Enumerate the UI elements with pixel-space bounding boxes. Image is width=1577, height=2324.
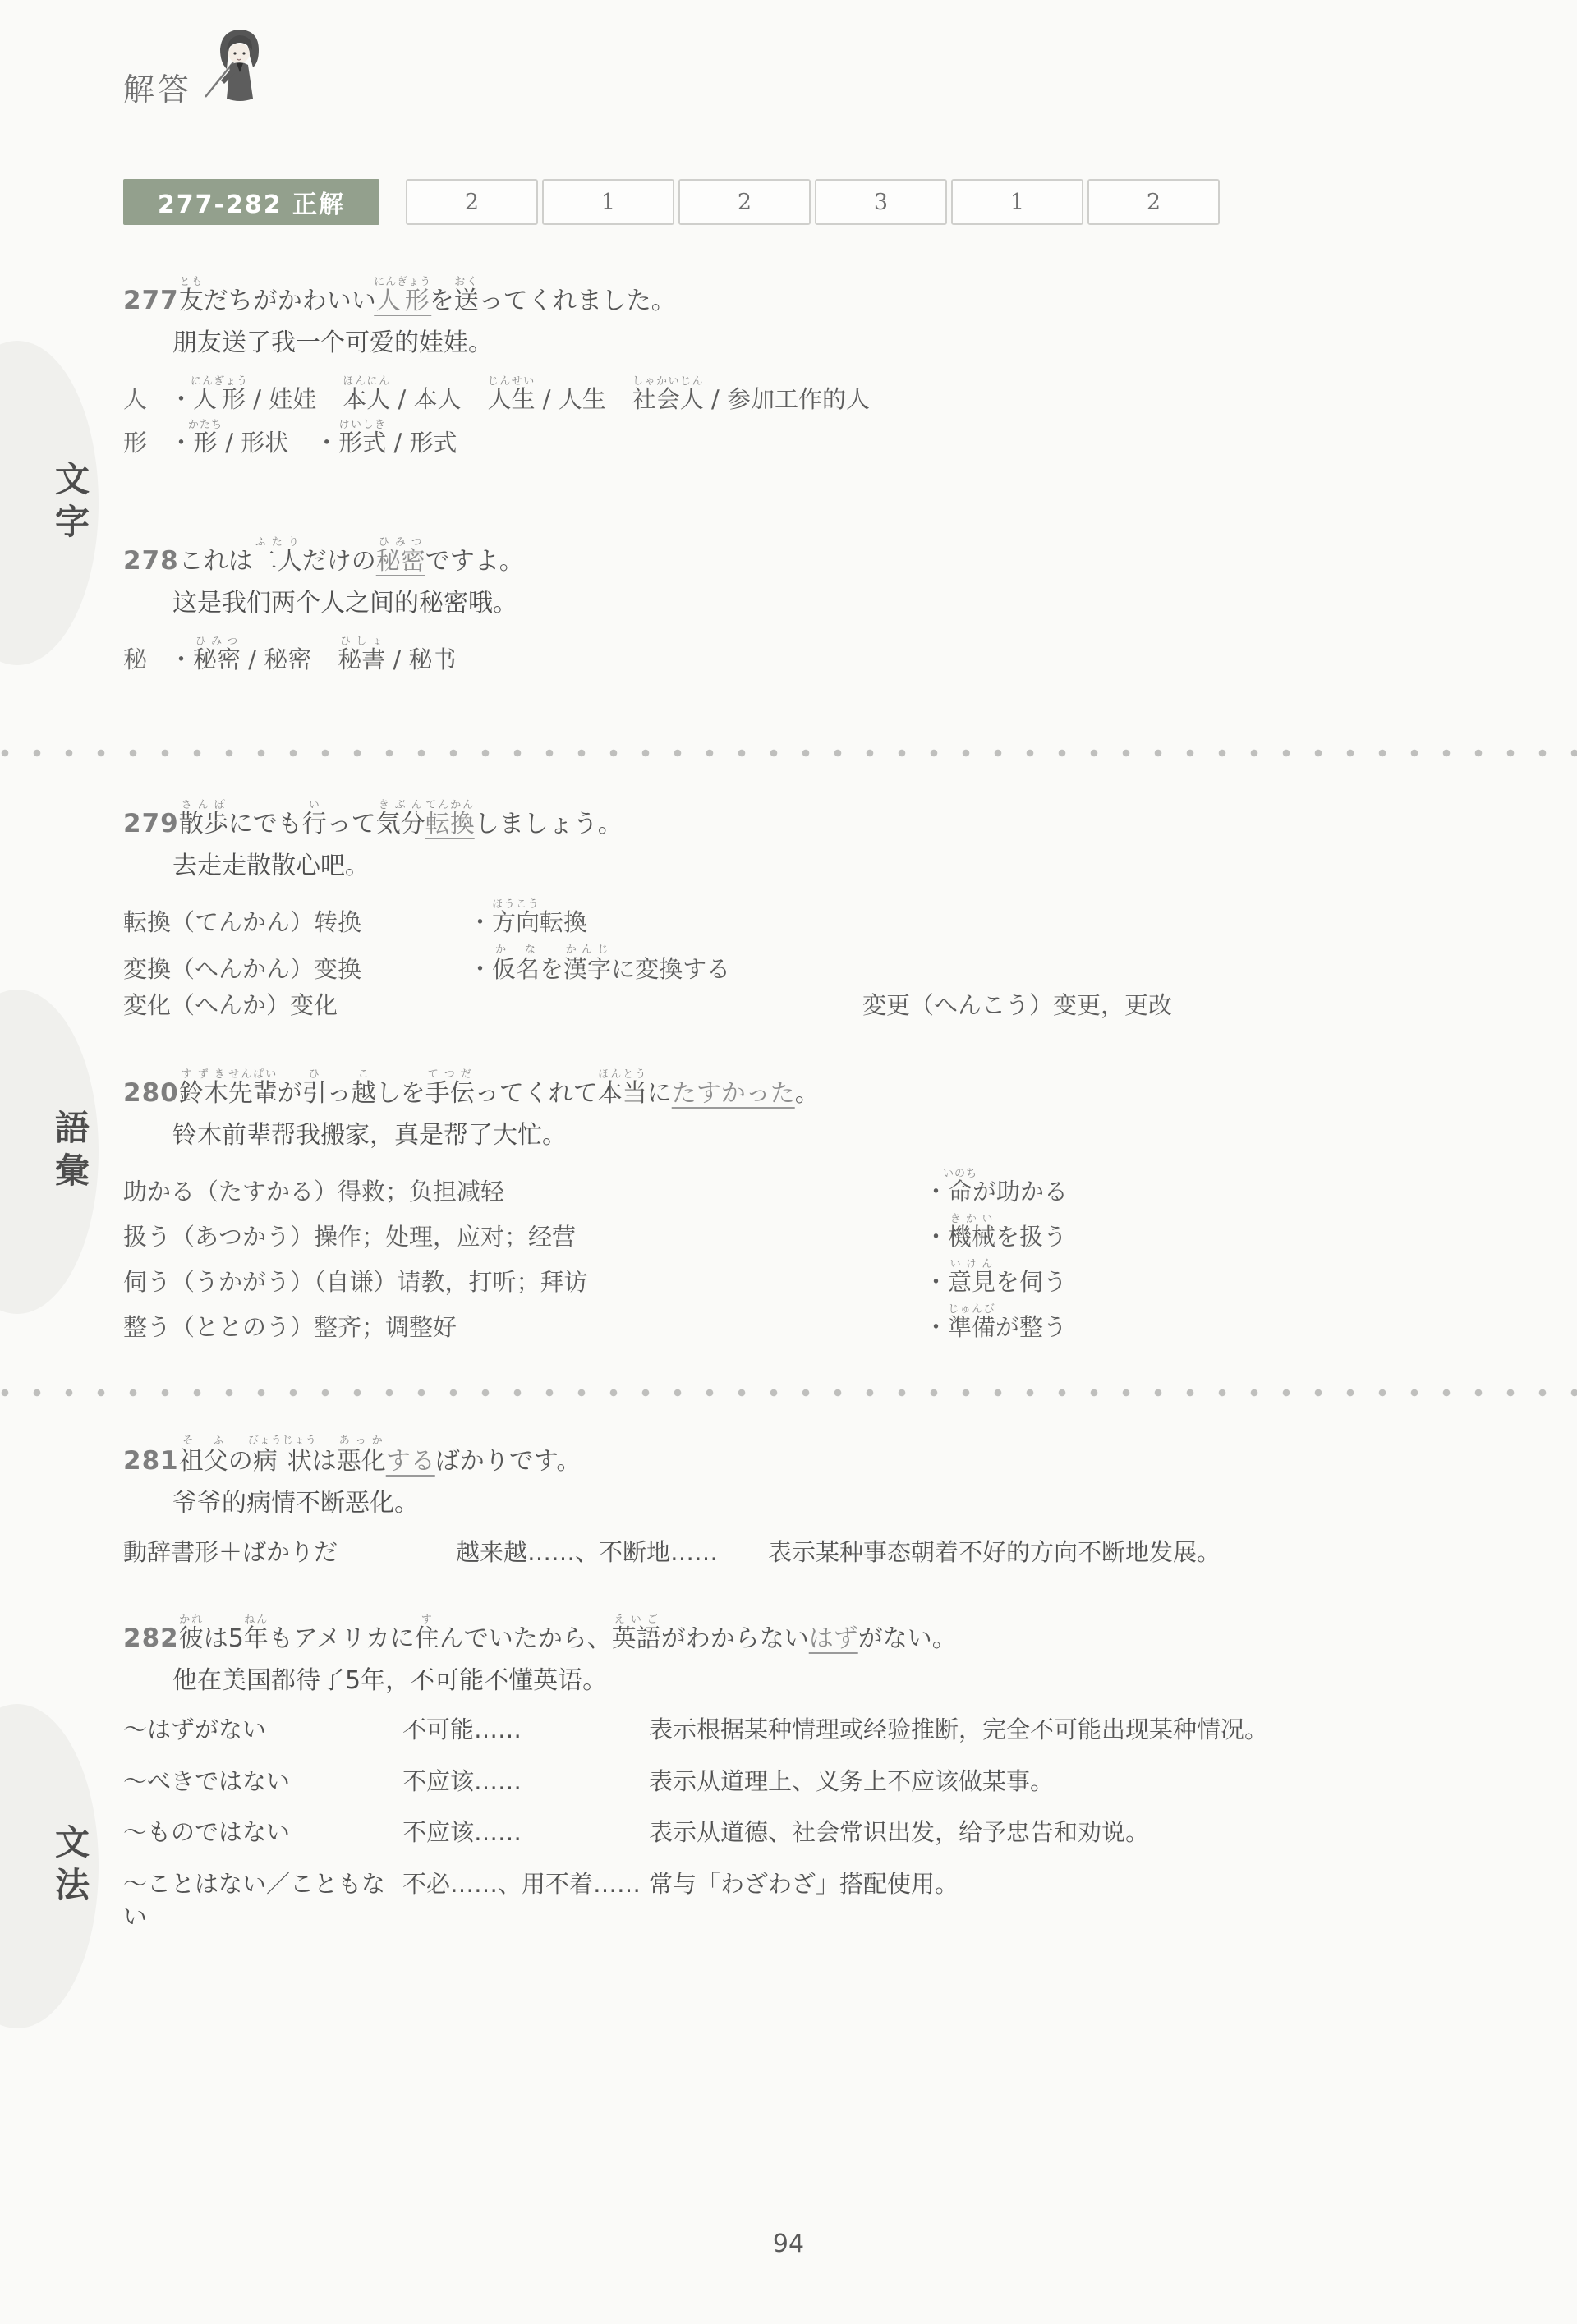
vocab-item: 人生じんせい / 人生 <box>487 375 605 414</box>
vocab-example: ・命いのちが助かる <box>924 1168 1068 1206</box>
vocab-item: ・人形にんぎょう / 娃娃 <box>169 375 316 414</box>
dotted-divider <box>0 1388 1577 1398</box>
grammar-explanation: 表示根据某种情理或经验推断，完全不可能出现某种情况。 <box>649 1713 1268 1747</box>
answer-cell-277: 2 <box>406 179 538 225</box>
answers-heading: 解答 <box>123 74 192 107</box>
vocab-pair-row: 整う（ととのう）整齐；调整好 ・準備じゅんびが整う <box>123 1303 1528 1342</box>
vocab-row: 秘 ・秘密ひみつ / 秘密 秘書ひしょ / 秘书 <box>123 636 1528 674</box>
vocab-example: ・機械きかいを扱う <box>924 1213 1067 1252</box>
page-number: 94 <box>0 2230 1577 2258</box>
grammar-explanation: 表示某种事态朝着不好的方向不断地发展。 <box>768 1536 1221 1569</box>
question-number: 278 <box>123 546 179 576</box>
vocab-term: 整う（ととのう）整齐；调整好 <box>123 1312 924 1342</box>
chinese-translation: 铃木前辈帮我搬家，真是帮了大忙。 <box>172 1118 1528 1153</box>
chinese-translation: 他在美国都待了5年，不可能不懂英语。 <box>172 1664 1528 1698</box>
question-number: 280 <box>123 1078 179 1108</box>
question-sentence: 友ともだちがかわいい人形にんぎょうを送おくってくれました。 <box>179 276 676 316</box>
chinese-translation: 这是我们两个人之间的秘密哦。 <box>172 586 1528 621</box>
grammar-row: 動辞書形＋ばかりだ 越来越……、不断地…… 表示某种事态朝着不好的方向不断地发展… <box>123 1536 1528 1569</box>
grammar-pattern: ～ものではない <box>123 1816 402 1849</box>
textbook-page: 文字 語彙 文法 解答 277-282 正解 <box>0 0 1577 2324</box>
question-282: 282 彼かれは5年ねんもアメリカに住すんでいたから、英語えいごがわからないはず… <box>123 1614 1528 1934</box>
question-number: 279 <box>123 809 179 838</box>
vocab-term: 変換（へんかん）变换 <box>123 954 468 984</box>
vocab-pair-row: 変換（へんかん）变换 ・仮名か なを漢字かんじに変換する <box>123 944 1528 984</box>
question-279: 279 散歩さんぽにでも行いって気分きぶん転換てんかんしましょう。 去走走散散心… <box>123 799 1528 1021</box>
answer-cells: 2 1 2 3 1 2 <box>406 179 1220 225</box>
page-header: 解答 <box>123 0 1528 107</box>
grammar-explanation: 表示从道德、社会常识出发，给予忠告和劝说。 <box>649 1816 1149 1849</box>
vocab-pair-row: 助かる（たすかる）得救；负担减轻 ・命いのちが助かる <box>123 1168 1528 1206</box>
vocab-example: ・方向ほうこう転換 <box>468 898 587 937</box>
vocab-example: ・意見いけんを伺う <box>924 1258 1067 1297</box>
grammar-row: ～ものではない 不应该…… 表示从道德、社会常识出发，给予忠告和劝说。 <box>123 1816 1528 1849</box>
dotted-divider <box>0 748 1577 758</box>
question-number: 277 <box>123 286 179 315</box>
vocab-term: 扱う（あつかう）操作；处理，应对；经营 <box>123 1222 924 1252</box>
answer-cell-280: 3 <box>815 179 947 225</box>
vocab-term: 助かる（たすかる）得救；负担减轻 <box>123 1177 924 1206</box>
question-sentence: 散歩さんぽにでも行いって気分きぶん転換てんかんしましょう。 <box>179 799 623 839</box>
question-number: 282 <box>123 1624 179 1653</box>
grammar-meaning: 越来越……、不断地…… <box>456 1536 768 1569</box>
chinese-translation: 爷爷的病情不断恶化。 <box>172 1486 1528 1521</box>
vocab-head: 人 <box>123 384 169 414</box>
answer-cell-282: 2 <box>1087 179 1220 225</box>
question-278: 278 これは二人ふたりだけの秘密ひみつですよ。 这是我们两个人之间的秘密哦。 … <box>123 536 1528 674</box>
grammar-explanation: 常与「わざわざ」搭配使用。 <box>649 1867 959 1901</box>
vocab-pair-row: 転換（てんかん）转换 ・方向ほうこう転換 <box>123 898 1528 937</box>
vocab-item: 社会人しゃかいじん / 参加工作的人 <box>632 375 870 414</box>
question-277: 277 友ともだちがかわいい人形にんぎょうを送おくってくれました。 朋友送了我一… <box>123 276 1528 458</box>
chinese-translation: 去走走散散心吧。 <box>172 849 1528 884</box>
teacher-illustration <box>197 25 279 107</box>
question-281: 281 祖父そ ふの病状びょうじょうは悪化あっかするばかりです。 爷爷的病情不断… <box>123 1435 1528 1569</box>
grammar-meaning: 不应该…… <box>402 1816 649 1849</box>
grammar-meaning: 不应该…… <box>402 1765 649 1798</box>
vocab-item: ・形かたち / 形状 <box>169 419 288 457</box>
vocab-example: ・仮名か なを漢字かんじに変換する <box>468 944 730 984</box>
answer-key-bar: 277-282 正解 2 1 2 3 1 2 <box>123 179 1528 225</box>
answer-cell-278: 1 <box>542 179 674 225</box>
vocab-head: 秘 <box>123 645 169 674</box>
grammar-pattern: ～ことはない／こともない <box>123 1867 402 1934</box>
grammar-row: ～はずがない 不可能…… 表示根据某种情理或经验推断，完全不可能出现某种情况。 <box>123 1713 1528 1747</box>
question-number: 281 <box>123 1446 179 1476</box>
question-sentence: 祖父そ ふの病状びょうじょうは悪化あっかするばかりです。 <box>179 1435 582 1477</box>
vocab-row: 人 ・人形にんぎょう / 娃娃 本人ほんにん / 本人 人生じんせい / 人生 … <box>123 375 1528 414</box>
question-sentence: 鈴木すずき先輩せんぱいが引ひっ越こしを手伝てつだってくれて本当ほんとうにたすかっ… <box>179 1068 820 1109</box>
grammar-row: ～べきではない 不应该…… 表示从道理上、义务上不应该做某事。 <box>123 1765 1528 1798</box>
answer-range-badge: 277-282 正解 <box>123 179 379 225</box>
vocab-item: ・秘密ひみつ / 秘密 <box>169 636 311 674</box>
vocab-head: 形 <box>123 428 169 457</box>
vocab-pair-row: 伺う（うかがう）（自谦）请教，打听；拜访 ・意見いけんを伺う <box>123 1258 1528 1297</box>
vocab-item: 秘書ひしょ / 秘书 <box>338 636 456 674</box>
question-280: 280 鈴木すずき先輩せんぱいが引ひっ越こしを手伝てつだってくれて本当ほんとうに… <box>123 1068 1528 1343</box>
grammar-meaning: 不必……、用不着…… <box>402 1867 649 1901</box>
vocab-row: 形 ・形かたち / 形状 ・形式けいしき / 形式 <box>123 419 1528 457</box>
vocab-item: ・形式けいしき / 形式 <box>315 419 457 457</box>
question-sentence: これは二人ふたりだけの秘密ひみつですよ。 <box>179 536 524 576</box>
answer-cell-279: 2 <box>678 179 811 225</box>
question-sentence: 彼かれは5年ねんもアメリカに住すんでいたから、英語えいごがわからないはずがない。 <box>179 1614 957 1654</box>
vocab-term: 転換（てんかん）转换 <box>123 907 468 937</box>
grammar-pattern: ～べきではない <box>123 1765 402 1798</box>
grammar-explanation: 表示从道理上、义务上不应该做某事。 <box>649 1765 1054 1798</box>
vocab-term-secondary: 変更（へんこう）变更，更改 <box>862 990 1172 1020</box>
vocab-example: ・準備じゅんびが整う <box>924 1303 1067 1342</box>
answer-cell-281: 1 <box>951 179 1083 225</box>
vocab-term: 伺う（うかがう）（自谦）请教，打听；拜访 <box>123 1267 924 1297</box>
grammar-row: ～ことはない／こともない 不必……、用不着…… 常与「わざわざ」搭配使用。 <box>123 1867 1528 1934</box>
vocab-pair-row: 変化（へんか）变化 変更（へんこう）变更，更改 <box>123 990 1528 1020</box>
vocab-item: 本人ほんにん / 本人 <box>343 375 461 414</box>
grammar-pattern: ～はずがない <box>123 1713 402 1747</box>
grammar-pattern: 動辞書形＋ばかりだ <box>123 1536 456 1569</box>
vocab-pair-row: 扱う（あつかう）操作；处理，应对；经营 ・機械きかいを扱う <box>123 1213 1528 1252</box>
vocab-term: 変化（へんか）变化 <box>123 990 468 1020</box>
chinese-translation: 朋友送了我一个可爱的娃娃。 <box>172 326 1528 361</box>
grammar-meaning: 不可能…… <box>402 1713 649 1747</box>
